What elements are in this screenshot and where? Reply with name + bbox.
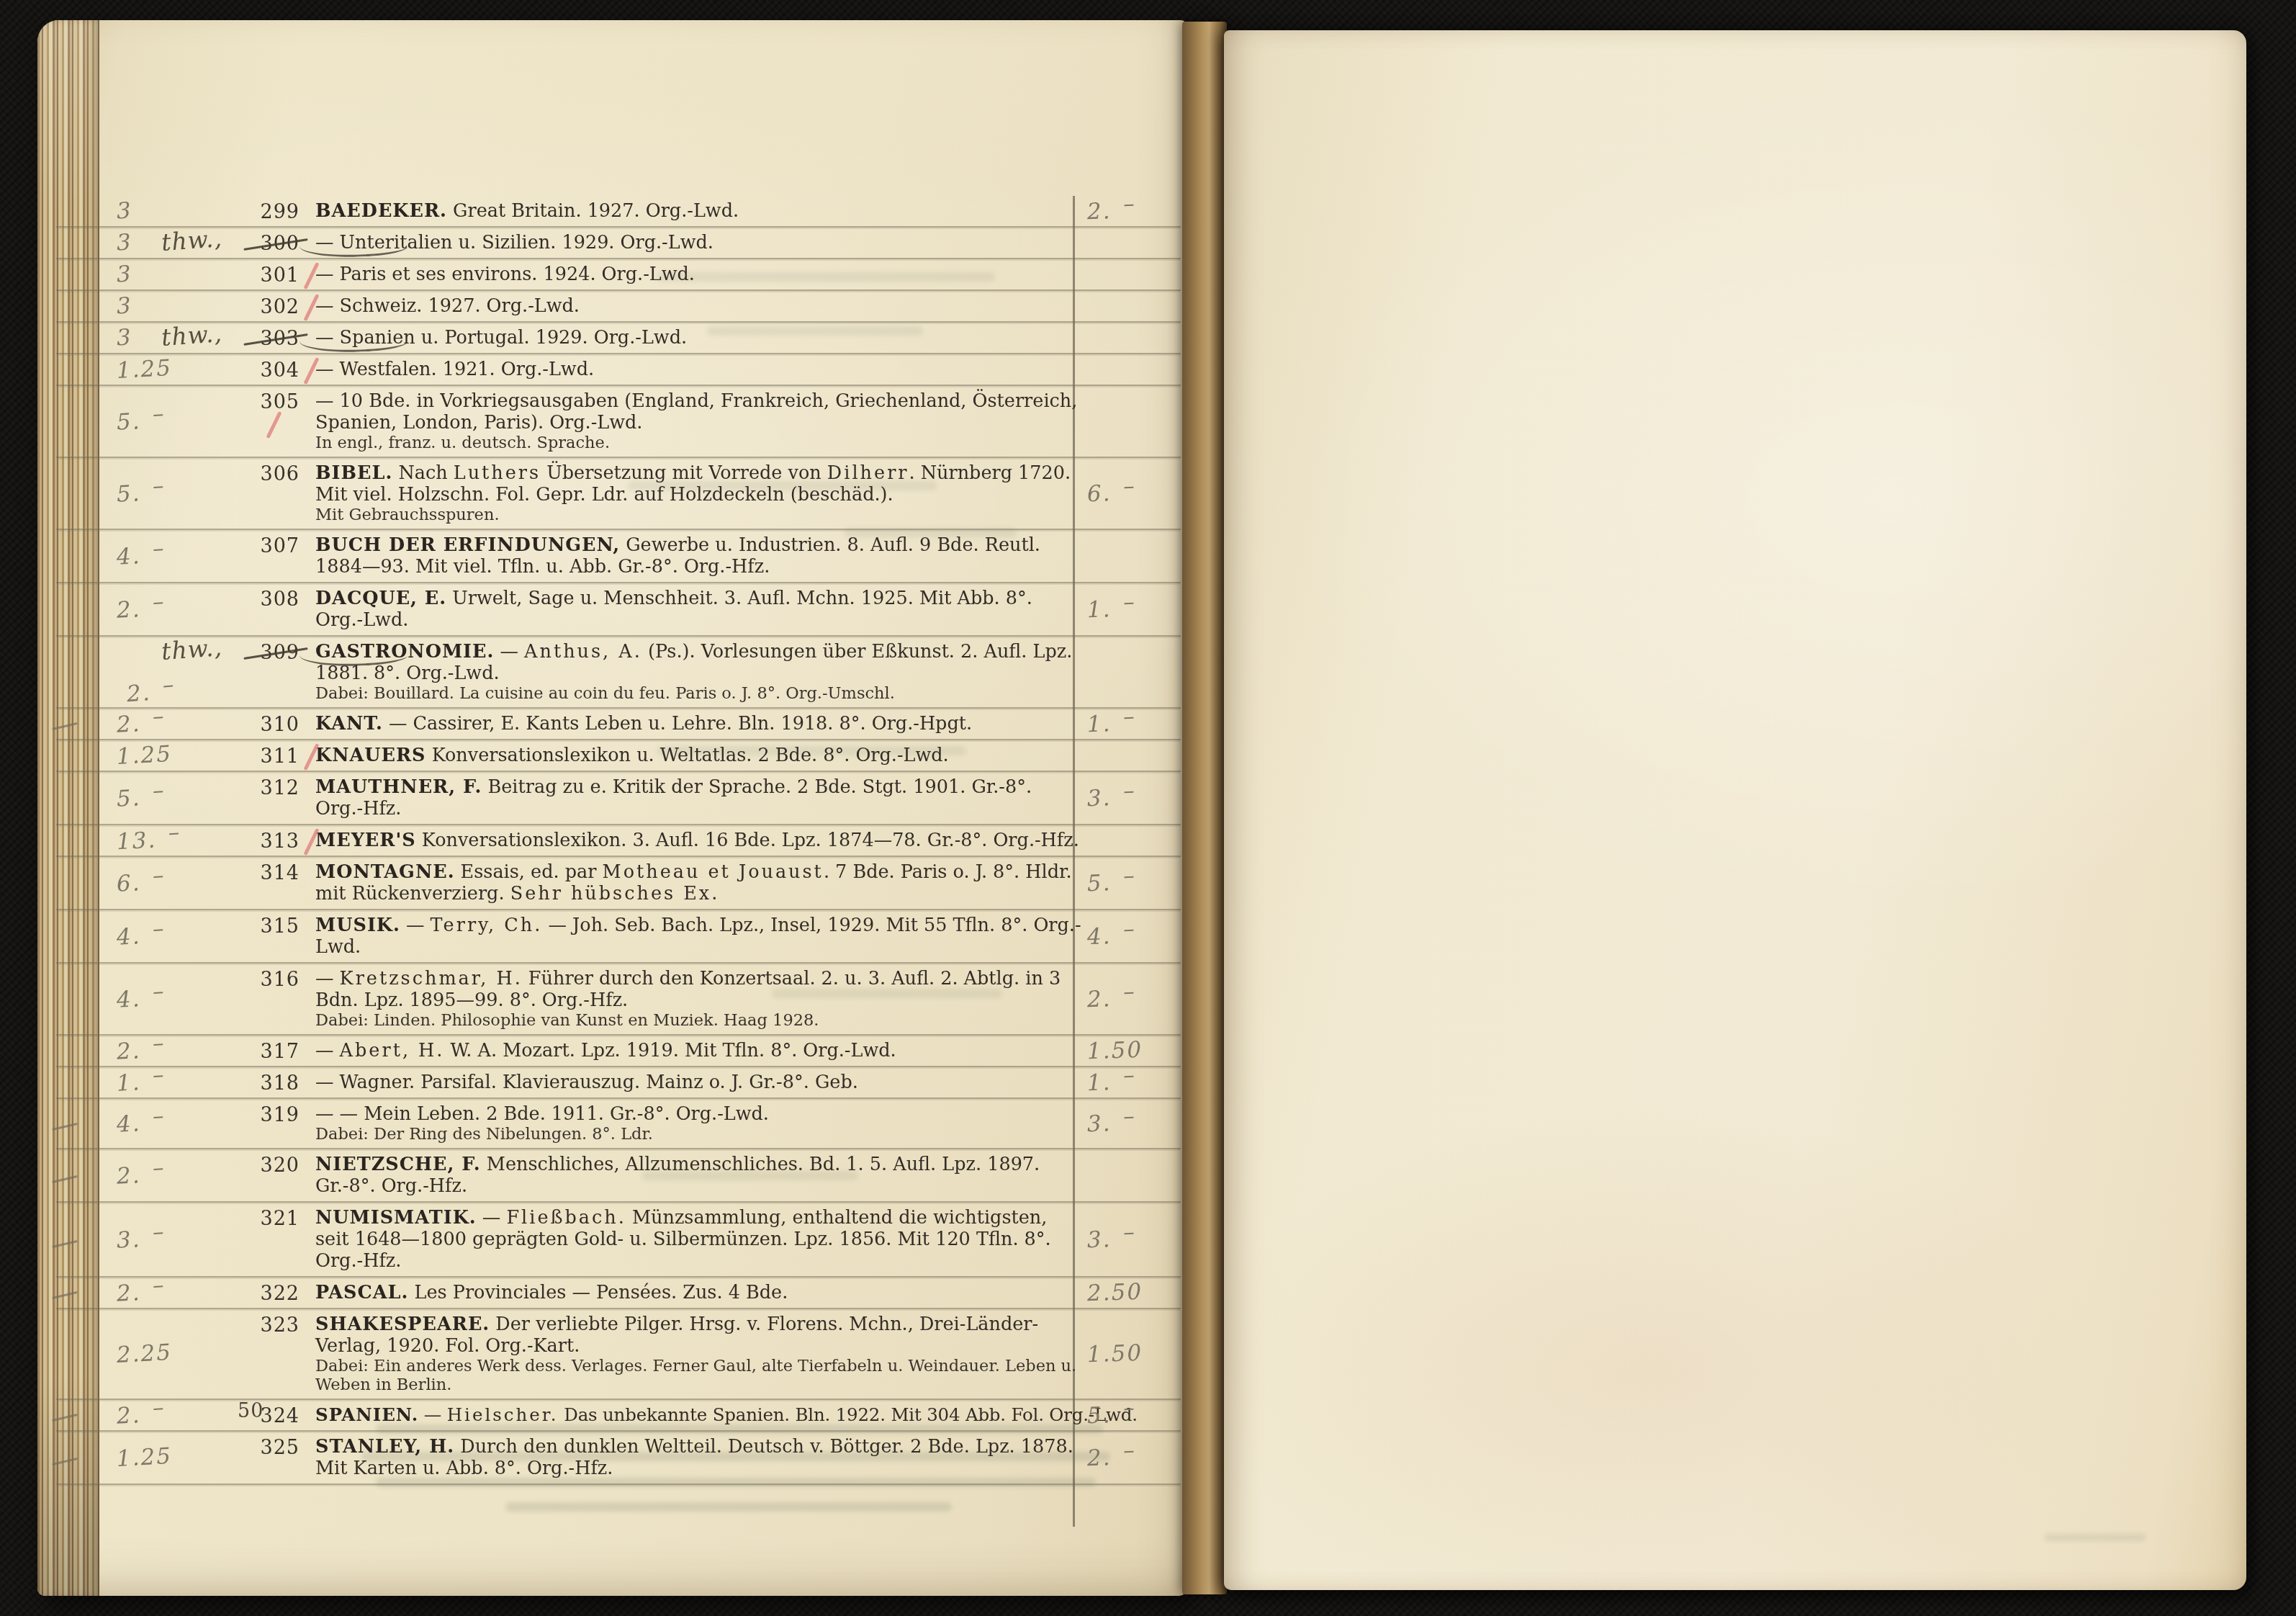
catalog-entry: 2. –310KANT. — Cassirer, E. Kants Leben … [56,709,1181,740]
entry-text-segment: — [418,1404,446,1425]
catalog-entry: 2. –317— Abert, H. W. A. Mozart. Lpz. 19… [56,1036,1181,1067]
handwritten-price-left: 2. – [116,1401,166,1429]
entry-number: 322 [249,1283,300,1305]
entry-note: Mit Gebrauchsspuren. [315,506,1081,524]
entry-text-segment: Übersetzung mit Vorrede von [541,462,827,484]
entry-number: 315 [249,915,300,938]
entry-number: 305 [249,391,300,413]
handwritten-price-left: 2. – [116,1036,166,1065]
entry-text: KNAUERS Konversationslexikon u. Weltatla… [315,745,1081,766]
price-dash: – [152,1272,166,1298]
handwritten-price-left: 1.25 [116,741,173,770]
catalog-entry: 4. –319— — Mein Leben. 2 Bde. 1911. Gr.-… [56,1099,1181,1149]
catalog-entry: 2.25323SHAKESPEARE. Der verliebte Pilger… [56,1309,1181,1400]
entry-text-segment: — Paris et ses environs. 1924. Org.-Lwd. [315,264,695,285]
red-check-mark [266,411,282,439]
catalog-entry: 2. –322PASCAL. Les Provinciales — Pensée… [56,1278,1181,1309]
handwritten-price-right: 2. – [1086,985,1136,1013]
handwritten-price-right: 2.50 [1086,1279,1143,1307]
handwritten-buyer-note: thw., [161,319,223,351]
handwritten-price-right: 1.50 [1086,1340,1143,1368]
catalog-entry: 3. –321NUMISMATIK. — Fließbach. Münzsamm… [56,1203,1181,1278]
price-dash: – [152,862,166,889]
entry-number: 316 [249,969,300,991]
entry-heading: KANT. [315,713,383,735]
handwritten-price-left: 1.25 [116,355,173,384]
handwritten-price-right: 5. – [1086,869,1136,897]
entry-text: — Wagner. Parsifal. Klavierauszug. Mainz… [315,1072,1081,1093]
price-dash: – [152,777,166,804]
price-dash: – [152,1103,166,1129]
price-dash: – [152,1394,166,1421]
catalog-entry: 3301— Paris et ses environs. 1924. Org.-… [56,259,1181,291]
handwritten-price-right: 3. – [1086,784,1136,812]
handwritten-price-left: 3 [116,197,133,224]
catalog-entry: 2. –320NIETZSCHE, F. Menschliches, Allzu… [56,1149,1181,1203]
entry-note: Dabei: Bouillard. La cuisine au coin du … [315,684,1081,703]
catalog-entry: 3302— Schweiz. 1927. Org.-Lwd. [56,291,1181,323]
handwritten-price-left: 3. – [116,1225,166,1254]
entry-text: MUSIK. — Terry, Ch. — Joh. Seb. Bach. Lp… [315,915,1081,958]
entry-text: BAEDEKER. Great Britain. 1927. Org.-Lwd. [315,200,1081,222]
pencil-edge-mark [52,1175,78,1183]
handwritten-price-right: 2. – [1086,1444,1136,1471]
pencil-edge-mark [52,722,78,730]
handwritten-price-left: 2. – [116,1278,166,1307]
catalog-entry: 1.25304— Westfalen. 1921. Org.-Lwd. [56,354,1181,386]
handwritten-buyer-note: thw., [161,224,223,256]
catalog-entry: 4. –307BUCH DER ERFINDUNGEN, Gewerbe u. … [56,530,1181,583]
price-dash: – [162,672,176,699]
price-dash: – [1122,473,1136,500]
catalog-entry: 5. –312MAUTHNER, F. Beitrag zu e. Kritik… [56,772,1181,825]
entry-heading: STANLEY, H. [315,1436,454,1458]
entry-text-segment: Nach [392,462,453,484]
price-dash: – [1122,1219,1136,1246]
handwritten-price-left: 4. – [116,542,166,570]
price-dash: – [1122,916,1136,943]
entry-text-segment: Konversationslexikon. 3. Aufl. 16 Bde. L… [416,830,1079,851]
entry-text: NUMISMATIK. — Fließbach. Münzsammlung, e… [315,1207,1081,1272]
entry-number: 323 [249,1314,300,1337]
handwritten-price-right: 1. – [1086,596,1136,623]
entry-text: DACQUE, E. Urwelt, Sage u. Menschheit. 3… [315,588,1081,631]
entry-number: 301 [249,264,300,287]
catalog-entry: thw.,3300— Unteritalien u. Sizilien. 192… [56,228,1181,259]
entry-text: — Kretzschmar, H. Führer durch den Konze… [315,968,1081,1030]
price-dash: – [1122,191,1136,217]
entry-text: — — Mein Leben. 2 Bde. 1911. Gr.-8°. Org… [315,1103,1081,1144]
entry-heading: SHAKESPEARE. [315,1314,490,1335]
gutter [1182,22,1227,1594]
entry-text: GASTRONOMIE. — Anthus, A. (Ps.). Vorlesu… [315,641,1081,703]
price-dash: – [152,535,166,562]
price-dash: – [1122,1395,1136,1422]
price-dash: – [152,1030,166,1056]
handwritten-price-left: 4. – [116,984,166,1013]
entry-heading: MAUTHNER, F. [315,776,482,798]
entry-number: 299 [249,201,300,223]
price-dash: – [1122,778,1136,804]
entry-heading: MUSIK. [315,915,400,936]
entry-note: Dabei: Der Ring des Nibelungen. 8°. Ldr. [315,1125,1081,1144]
price-dash: – [152,703,166,730]
entry-number: 302 [249,296,300,318]
catalog-entry: 6. –314MONTAGNE. Essais, ed. par Motheau… [56,857,1181,910]
entry-text: KANT. — Cassirer, E. Kants Leben u. Lehr… [315,713,1081,735]
entry-note: Dabei: Linden. Philosophie van Kunst en … [315,1011,1081,1030]
entry-note: In engl., franz. u. deutsch. Sprache. [315,434,1081,452]
entry-text: PASCAL. Les Provinciales — Pensées. Zus.… [315,1282,1081,1303]
entry-number: 320 [249,1154,300,1177]
entry-text-segment: Sehr hübsches Ex. [510,883,720,904]
entry-heading: MONTAGNE. [315,861,455,883]
price-dash: – [1122,1103,1136,1130]
entry-text: — Unteritalien u. Sizilien. 1929. Org.-L… [315,232,1081,253]
entry-text-segment: Anthus, A. [524,641,642,663]
entry-number: 317 [249,1041,300,1063]
handwritten-price-right: 3. – [1086,1226,1136,1253]
entry-text: NIETZSCHE, F. Menschliches, Allzumenschl… [315,1154,1081,1197]
handwritten-price-left: 5. – [116,479,166,508]
entry-number: 314 [249,862,300,884]
entry-number: 321 [249,1208,300,1230]
entry-text: MONTAGNE. Essais, ed. par Motheau et Jou… [315,861,1081,904]
entry-text-segment: Das unbekannte Spanien. Bln. 1922. Mit 3… [559,1404,1138,1425]
entry-note: Dabei: Ein anderes Werk dess. Verlages. … [315,1357,1081,1394]
entry-heading: SPANIEN. [315,1404,418,1425]
handwritten-price-left: 13. – [116,826,181,856]
entry-text: — Paris et ses environs. 1924. Org.-Lwd. [315,264,1081,285]
entry-text-segment: Great Britain. 1927. Org.-Lwd. [447,200,739,222]
page-number: 50 [238,1400,264,1422]
entry-text-segment: — [315,1040,340,1061]
entry-text: STANLEY, H. Durch den dunklen Weltteil. … [315,1436,1081,1479]
entry-text-segment: Terry, Ch. [431,915,543,936]
right-page [1224,30,2246,1590]
entry-text-segment: Les Provinciales — Pensées. Zus. 4 Bde. [408,1282,788,1303]
catalog-entry: 4. –316— Kretzschmar, H. Führer durch de… [56,964,1181,1036]
entry-number: 319 [249,1104,300,1126]
entry-text-segment: Essais, ed. par [455,861,603,883]
handwritten-buyer-note: thw., [161,633,223,665]
handwritten-price-left: 5. – [116,407,166,436]
entry-text: BUCH DER ERFINDUNGEN, Gewerbe u. Industr… [315,534,1081,578]
entry-number: 306 [249,463,300,485]
handwritten-price-right: 5. – [1086,1401,1136,1429]
left-page: 3299BAEDEKER. Great Britain. 1927. Org.-… [37,20,1187,1596]
pencil-edge-mark [52,1123,78,1131]
pencil-edge-mark [52,1240,78,1248]
entry-text: — Schweiz. 1927. Org.-Lwd. [315,295,1081,317]
catalog-entry: 1.25325STANLEY, H. Durch den dunklen Wel… [56,1432,1181,1485]
catalog-entry: 13. –313MEYER'S Konversationslexikon. 3.… [56,825,1181,857]
pencil-edge-mark [52,1458,78,1465]
handwritten-price-left: 5. – [116,784,166,812]
handwritten-price-left: 3 [116,229,133,256]
catalog-entry: 2. –324SPANIEN. — Hielscher. Das unbekan… [56,1400,1181,1432]
handwritten-price-right: 1. – [1086,710,1136,737]
handwritten-price-left: 2. – [116,1161,166,1190]
entry-number: 304 [249,359,300,382]
entry-text-segment: Luthers [454,462,541,484]
price-dash: – [1122,704,1136,730]
entry-text-segment: Dilherr [827,462,909,484]
price-dash: – [152,472,166,499]
catalog-entry: 4. –315MUSIK. — Terry, Ch. — Joh. Seb. B… [56,910,1181,964]
catalog-entry: 1.25311KNAUERS Konversationslexikon u. W… [56,740,1181,772]
price-dash: – [152,1218,166,1245]
catalog-rows: 3299BAEDEKER. Great Britain. 1927. Org.-… [56,196,1181,1485]
entry-number: 318 [249,1072,300,1095]
handwritten-price-left: 2. – [116,595,166,624]
price-dash: – [1122,979,1136,1005]
handwritten-price-left: 4. – [116,1109,166,1138]
price-dash: – [1122,863,1136,889]
entry-text-segment: — Wagner. Parsifal. Klavierauszug. Mainz… [315,1072,858,1093]
handwritten-price-left: 3 [116,261,133,287]
entry-text-segment: — Westfalen. 1921. Org.-Lwd. [315,359,594,380]
handwritten-price-left: 3 [116,324,133,351]
entry-number: 312 [249,777,300,799]
entry-number: 308 [249,588,300,611]
entry-text: MAUTHNER, F. Beitrag zu e. Kritik der Sp… [315,776,1081,820]
price-dash: – [152,588,166,615]
catalog-entry: 2. –308DACQUE, E. Urwelt, Sage u. Mensch… [56,583,1181,637]
entry-heading: MEYER'S [315,830,416,851]
entry-heading: BAEDEKER. [315,200,447,222]
handwritten-price-right: 1. – [1086,1069,1136,1096]
price-dash: – [152,400,166,427]
entry-text-segment: Motheau et Jouaust [603,861,824,883]
price-dash: – [1122,589,1136,616]
entry-text-segment: — Cassirer, E. Kants Leben u. Lehre. Bln… [383,713,972,735]
entry-text: — Westfalen. 1921. Org.-Lwd. [315,359,1081,380]
price-dash: – [152,1061,166,1088]
entry-heading: DACQUE, E. [315,588,446,609]
handwritten-price-right: 3. – [1086,1110,1136,1137]
entry-text: BIBEL. Nach Luthers Übersetzung mit Vorr… [315,462,1081,524]
entry-heading: BIBEL. [315,462,392,484]
entry-text-segment: W. A. Mozart. Lpz. 1919. Mit Tfln. 8°. O… [444,1040,896,1061]
entry-text: — Spanien u. Portugal. 1929. Org.-Lwd. [315,327,1081,349]
entry-text-segment: Fließbach. [506,1207,626,1229]
handwritten-price-left: 6. – [116,868,166,897]
catalog-entry: thw.,3303— Spanien u. Portugal. 1929. Or… [56,323,1181,354]
entry-text-segment: — Schweiz. 1927. Org.-Lwd. [315,295,580,317]
entry-number: 313 [249,830,300,853]
entry-text: SPANIEN. — Hielscher. Das unbekannte Spa… [315,1404,1081,1426]
entry-text-segment: Kretzschmar, H. [340,968,523,989]
entry-text: — 10 Bde. in Vorkriegsausgaben (England,… [315,390,1081,452]
entry-text-segment: — [494,641,524,663]
handwritten-price-right: 2. – [1086,197,1136,225]
entry-heading: PASCAL. [315,1282,408,1303]
entry-text-segment: Konversationslexikon u. Weltatlas. 2 Bde… [426,745,949,766]
entry-number: 325 [249,1437,300,1459]
handwritten-price-left: 1.25 [116,1443,173,1472]
entry-number: 303 [249,328,300,350]
handwritten-price-left: 2. – [116,709,166,738]
show-through-smudge [505,1502,952,1512]
entry-text: MEYER'S Konversationslexikon. 3. Aufl. 1… [315,830,1081,851]
entry-text-segment: — [400,915,431,936]
handwritten-price-right: 6. – [1086,480,1136,507]
entry-text-segment: — 10 Bde. in Vorkriegsausgaben (England,… [315,390,1077,434]
entry-number: 309 [249,642,300,664]
show-through-smudge [2045,1534,2146,1541]
catalog-entry: 1. –318— Wagner. Parsifal. Klavierauszug… [56,1067,1181,1099]
entry-number: 300 [249,233,300,255]
catalog-entry: thw.,2. –309GASTRONOMIE. — Anthus, A. (P… [56,637,1181,709]
catalog-entry: 5. –305— 10 Bde. in Vorkriegsausgaben (E… [56,386,1181,458]
entry-text: SHAKESPEARE. Der verliebte Pilger. Hrsg.… [315,1314,1081,1394]
entry-number: 307 [249,535,300,557]
catalog-entry: 3299BAEDEKER. Great Britain. 1927. Org.-… [56,196,1181,228]
entry-text-segment: Hielscher. [447,1404,559,1425]
entry-number: 310 [249,714,300,736]
catalog-entry: 5. –306BIBEL. Nach Luthers Übersetzung m… [56,458,1181,530]
entry-heading: BUCH DER ERFINDUNGEN, [315,534,620,556]
pencil-edge-mark [52,1291,78,1299]
entry-text-segment: — [315,968,340,989]
price-dash: – [1122,1062,1136,1089]
price-dash: – [168,820,181,846]
entry-heading: NUMISMATIK. [315,1207,477,1229]
handwritten-price-left: 2.25 [116,1339,173,1368]
handwritten-price-right: 1.50 [1086,1037,1143,1065]
price-dash: – [152,915,166,942]
entry-number: 311 [249,745,300,768]
entry-heading: NIETZSCHE, F. [315,1154,481,1175]
entry-text-segment: Abert, H. [340,1040,445,1061]
handwritten-price-left: 3 [116,292,133,319]
price-dash: – [152,978,166,1005]
entry-text: — Abert, H. W. A. Mozart. Lpz. 1919. Mit… [315,1040,1081,1061]
price-dash: – [152,1154,166,1181]
pencil-edge-mark [52,1414,78,1422]
handwritten-price-left: 4. – [116,922,166,951]
entry-heading: KNAUERS [315,745,426,766]
handwritten-price-right: 4. – [1086,923,1136,950]
price-dash: – [1122,1437,1136,1464]
entry-text-segment: — [477,1207,507,1229]
handwritten-price-left: 1. – [116,1068,166,1097]
entry-text-segment: — — Mein Leben. 2 Bde. 1911. Gr.-8°. Org… [315,1103,769,1125]
